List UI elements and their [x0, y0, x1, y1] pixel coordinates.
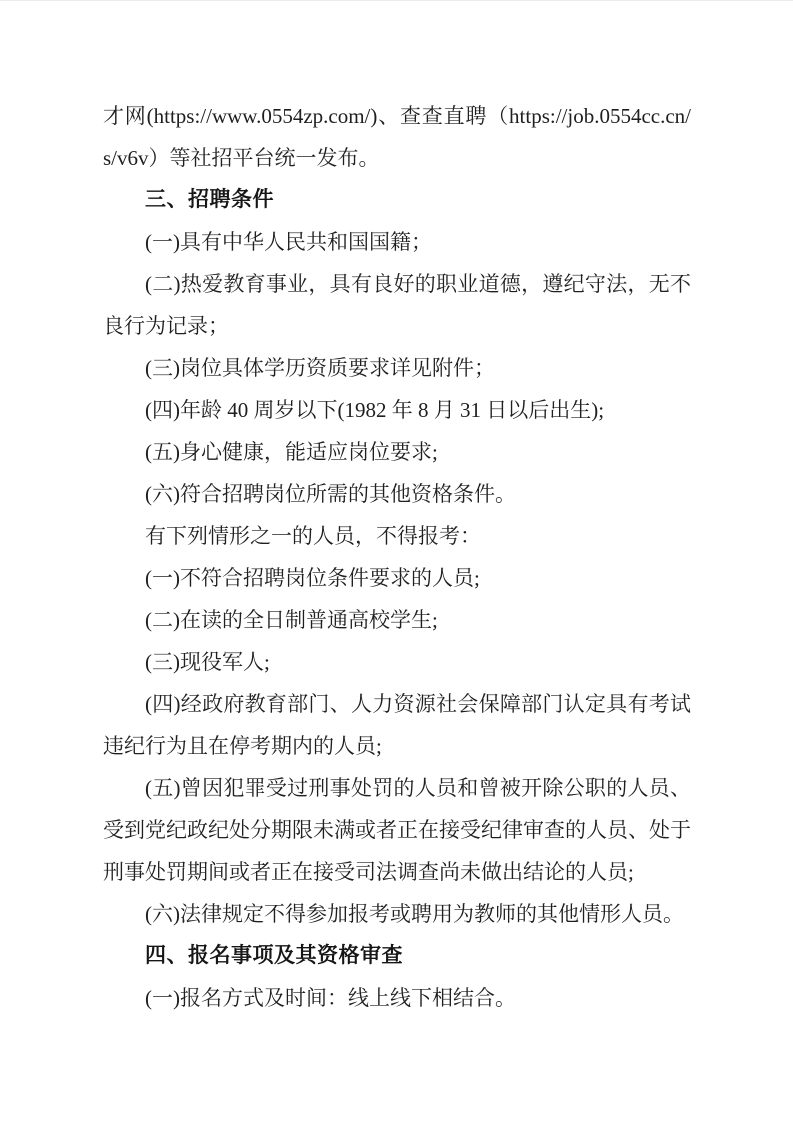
document-page: 才网(https://www.0554zp.com/)、查查直聘（https:/…	[0, 0, 793, 1121]
ineligible-2-current-students: (二)在读的全日制普通高校学生;	[103, 599, 691, 641]
ineligible-1-not-meeting-requirements: (一)不符合招聘岗位条件要求的人员;	[103, 557, 691, 599]
document-body: 才网(https://www.0554zp.com/)、查查直聘（https:/…	[103, 95, 691, 1019]
condition-4-age-limit: (四)年龄 40 周岁以下(1982 年 8 月 31 日以后出生);	[103, 389, 691, 431]
para-registration-method: (一)报名方式及时间：线上线下相结合。	[103, 977, 691, 1019]
heading-section-4-registration-review: 四、报名事项及其资格审查	[103, 935, 691, 977]
ineligible-4-exam-violation: (四)经政府教育部门、人力资源社会保障部门认定具有考试违纪行为且在停考期内的人员…	[103, 683, 691, 767]
condition-5-health: (五)身心健康，能适应岗位要求;	[103, 431, 691, 473]
ineligible-3-active-military: (三)现役军人;	[103, 641, 691, 683]
ineligible-6-legal-restrictions: (六)法律规定不得参加报考或聘用为教师的其他情形人员。	[103, 893, 691, 935]
condition-2-ethics: (二)热爱教育事业，具有良好的职业道德，遵纪守法，无不良行为记录；	[103, 263, 691, 347]
heading-section-3-recruitment-conditions: 三、招聘条件	[103, 179, 691, 221]
condition-6-other-requirements: (六)符合招聘岗位所需的其他资格条件。	[103, 473, 691, 515]
ineligible-5-criminal-disciplinary: (五)曾因犯罪受过刑事处罚的人员和曾被开除公职的人员、受到党纪政纪处分期限未满或…	[103, 767, 691, 893]
para-platform-publish-continuation: 才网(https://www.0554zp.com/)、查查直聘（https:/…	[103, 95, 691, 179]
condition-3-qualification-attachment: (三)岗位具体学历资质要求详见附件；	[103, 347, 691, 389]
note-ineligible-intro: 有下列情形之一的人员，不得报考：	[103, 515, 691, 557]
condition-1-nationality: (一)具有中华人民共和国国籍；	[103, 221, 691, 263]
